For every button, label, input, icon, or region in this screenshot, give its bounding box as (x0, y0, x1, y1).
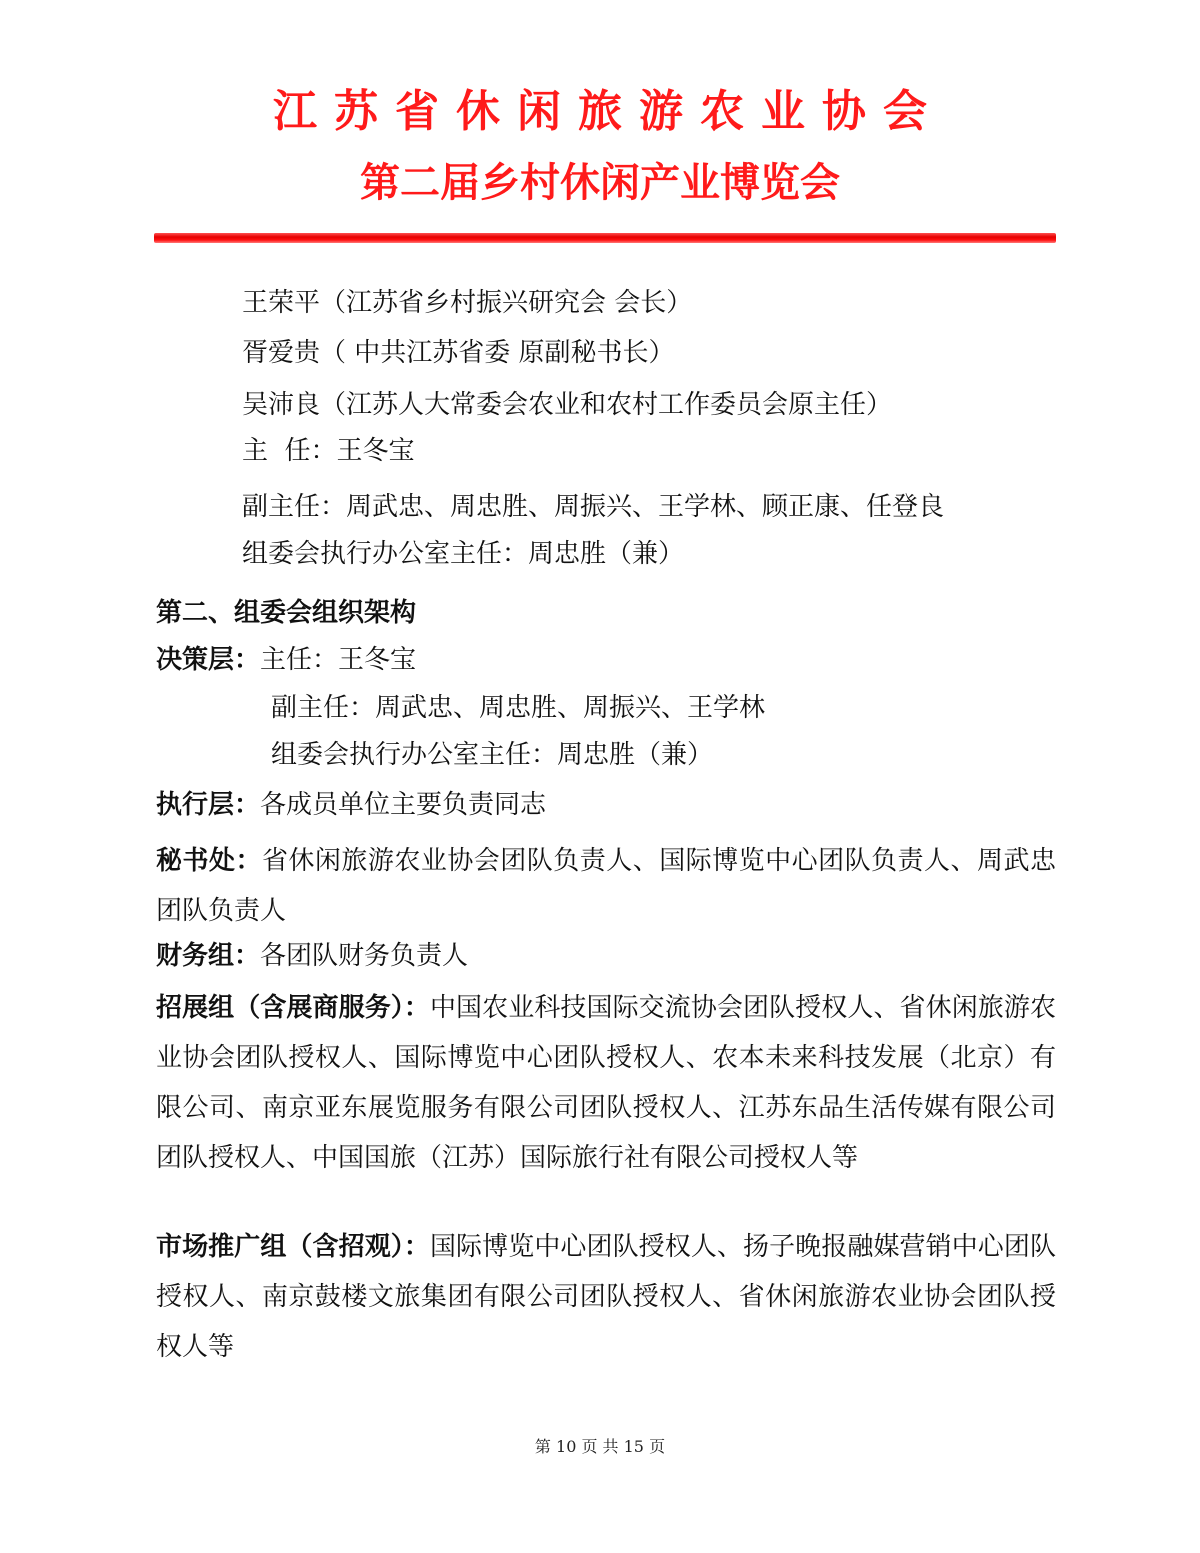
exhibitor-recruitment-paragraph: 招展组（含展商服务）：中国农业科技国际交流协会团队授权人、省休闲旅游农业协会团队… (156, 983, 1056, 1183)
secretariat-text: 省休闲旅游农业协会团队负责人、国际博览中心团队负责人、周武忠团队负责人 (156, 846, 1056, 926)
committee-office-director: 组委会执行办公室主任：周忠胜（兼） (242, 537, 684, 571)
execution-layer-label: 执行层： (156, 790, 260, 820)
exhibitor-recruitment-label: 招展组（含展商服务）： (156, 993, 430, 1023)
committee-director: 主 任：王冬宝 (242, 434, 415, 468)
committee-deputy-directors: 副主任：周武忠、周忠胜、周振兴、王学林、顾正康、任登良 (242, 490, 944, 524)
document-title-line2: 第二届乡村休闲产业博览会 (0, 158, 1200, 208)
finance-text: 各团队财务负责人 (260, 941, 468, 971)
decision-layer-row: 决策层：主任：王冬宝 (156, 643, 416, 677)
decision-layer-office-director: 组委会执行办公室主任：周忠胜（兼） (271, 738, 713, 772)
header-divider (154, 233, 1056, 243)
decision-layer-label: 决策层： (156, 645, 260, 675)
page-indicator: 第 10 页 共 15 页 (0, 1434, 1200, 1457)
marketing-paragraph: 市场推广组（含招观）：国际博览中心团队授权人、扬子晚报融媒营销中心团队授权人、南… (156, 1222, 1056, 1372)
marketing-label: 市场推广组（含招观）： (156, 1232, 430, 1262)
secretariat-paragraph: 秘书处：省休闲旅游农业协会团队负责人、国际博览中心团队负责人、周武忠团队负责人 (156, 836, 1056, 936)
finance-paragraph: 财务组：各团队财务负责人 (156, 931, 1056, 981)
section-heading: 第二、组委会组织架构 (156, 596, 416, 630)
finance-label: 财务组： (156, 941, 260, 971)
advisor-line: 吴沛良（江苏人大常委会农业和农村工作委员会原主任） (242, 388, 892, 422)
execution-layer-text: 各成员单位主要负责同志 (260, 790, 546, 820)
execution-layer-row: 执行层：各成员单位主要负责同志 (156, 788, 546, 822)
advisor-line: 王荣平（江苏省乡村振兴研究会 会长） (242, 286, 692, 320)
secretariat-label: 秘书处： (156, 846, 262, 876)
document-title-line1: 江苏省休闲旅游农业协会 (0, 84, 1200, 140)
advisor-line: 胥爱贵（ 中共江苏省委 原副秘书长） (242, 336, 675, 370)
decision-layer-deputies: 副主任：周武忠、周忠胜、周振兴、王学林 (271, 691, 765, 725)
decision-layer-director: 主任：王冬宝 (260, 645, 416, 675)
